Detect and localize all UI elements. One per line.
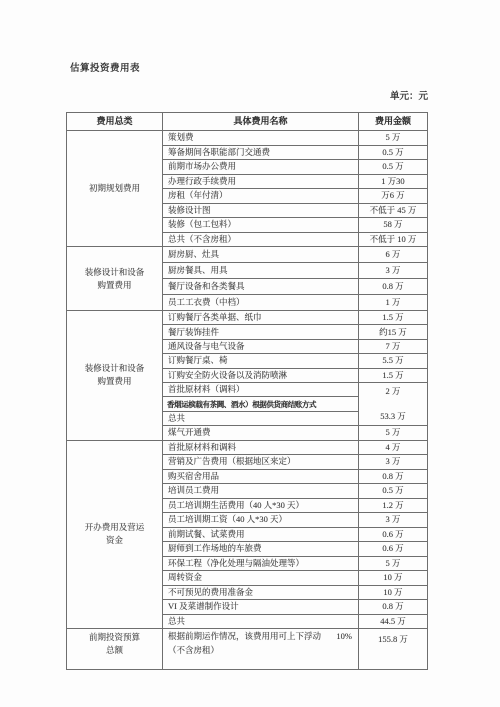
amount-cell: 0.5 万 — [359, 484, 428, 499]
cost-name-cell: 员工培训期工资（40 人*30 天） — [163, 513, 359, 528]
note-text: 根据前期运作情况，该费用用可上下浮动 — [168, 631, 321, 642]
amount-cell: 4 万 — [359, 440, 428, 455]
cost-name-cell: 前期市场办公费用 — [163, 160, 359, 175]
cost-name-cell: 环保工程（净化处理与隔油处理等） — [163, 556, 359, 571]
amount-cell: 3 万 — [359, 513, 428, 528]
cost-name-cell: 厨师到工作场地的车旅费 — [163, 542, 359, 557]
amount-cell: 不低于 10 万 — [359, 232, 428, 247]
amount-cell: 万6 万 — [359, 189, 428, 204]
amount-cell: 5 万 — [359, 131, 428, 146]
amount-cell: 1 万 — [359, 295, 428, 311]
category-cell: 初期规划费用 — [67, 131, 163, 247]
amount-cell: 0.6 万 — [359, 527, 428, 542]
cost-name-cell: 不可预见的费用准备金 — [163, 585, 359, 600]
merged-amount-lower: 53.3 万 — [359, 411, 427, 422]
table-row: 前期投资预算 总额 根据前期运作情况，该费用用可上下浮动 10% （不含房租） … — [67, 629, 428, 670]
cost-name-cell: VI 及菜谱制作设计 — [163, 600, 359, 615]
category-cell: 前期投资预算 总额 — [67, 629, 163, 670]
amount-cell: 1.5 万 — [359, 311, 428, 325]
amount-cell: 约15 万 — [359, 325, 428, 339]
note-line2: （不含房租） — [168, 645, 358, 656]
cost-name-cell: 培训员工费用 — [163, 484, 359, 499]
document-page: 估算投资费用表 单元：元 费用总类 具体费用名称 费用金额 初期规划费用 策划费… — [0, 0, 500, 707]
total-amount-cell: 155.8 万 — [359, 629, 428, 670]
amount-cell: 0.5 万 — [359, 160, 428, 175]
amount-cell: 0.6 万 — [359, 542, 428, 557]
cost-name-cell: 餐厅设备和各类餐具 — [163, 279, 359, 295]
amount-cell: 3 万 — [359, 263, 428, 279]
cost-name-cell: 香烟运槟载有茶閪、酒水）根据供货商结账方式 — [163, 397, 359, 411]
cost-name-cell: 员工工衣费（中档） — [163, 295, 359, 311]
category-line: 装修设计和设备 — [67, 363, 162, 374]
cost-name-cell: 房租（年付清） — [163, 189, 359, 204]
amount-cell: 5 万 — [359, 556, 428, 571]
amount-cell: 0.8 万 — [359, 279, 428, 295]
merged-amount-cell: 2 万 53.3 万 — [359, 382, 428, 425]
cost-table: 费用总类 具体费用名称 费用金额 初期规划费用 策划费 5 万 筹备期间各职能部… — [66, 112, 428, 670]
amount-cell: 0.8 万 — [359, 469, 428, 484]
cost-name-cell: 前期试餐、试菜费用 — [163, 527, 359, 542]
cost-name-cell: 营销及广告费用（根据地区来定） — [163, 455, 359, 470]
cost-name-cell: 厨房餐具、用具 — [163, 263, 359, 279]
amount-cell: 10 万 — [359, 571, 428, 586]
category-line: 总额 — [67, 645, 162, 656]
category-cell: 装修设计和设备 购置费用 — [67, 311, 163, 441]
amount-cell: 5 万 — [359, 426, 428, 440]
table-row: 开办费用及营运 资金 首批原材料和调料 4 万 — [67, 440, 428, 455]
cost-name-cell: 员工培训期生活费用（40 人*30 天） — [163, 498, 359, 513]
amount-cell: 不低于 45 万 — [359, 203, 428, 218]
cost-name-cell: 办理行政手续费用 — [163, 174, 359, 189]
category-line: 资金 — [67, 535, 162, 546]
category-line: 前期投资预算 — [67, 632, 162, 643]
cost-name-cell: 通风设备与电气设备 — [163, 339, 359, 353]
amount-cell: 44.5 万 — [359, 614, 428, 629]
cost-name-cell: 餐厅装饰挂件 — [163, 325, 359, 339]
header-row: 费用总类 具体费用名称 费用金额 — [67, 113, 428, 131]
amount-cell: 0.8 万 — [359, 600, 428, 615]
amount-cell: 3 万 — [359, 455, 428, 470]
category-line: 开办费用及营运 — [67, 522, 162, 533]
amount-cell: 1.2 万 — [359, 498, 428, 513]
cost-name-cell: 总共 — [163, 411, 359, 425]
cost-name-cell: 周转资金 — [163, 571, 359, 586]
header-name: 具体费用名称 — [163, 113, 359, 131]
amount-cell: 1.5 万 — [359, 368, 428, 382]
cost-name-cell: 购买宿舍用品 — [163, 469, 359, 484]
table-row: 装修设计和设备 购置费用 厨房厨、灶具 6 万 — [67, 247, 428, 263]
header-amount: 费用金额 — [359, 113, 428, 131]
cost-name-cell: 筹备期间各职能部门交通费 — [163, 145, 359, 160]
cost-name-cell: 策划费 — [163, 131, 359, 146]
cost-name-cell: 总共 — [163, 614, 359, 629]
cost-name-cell: 总共（不含房租） — [163, 232, 359, 247]
cost-name-cell: 订购餐厅桌、椅 — [163, 354, 359, 368]
cost-name-cell: 装修设计图 — [163, 203, 359, 218]
amount-cell: 5.5 万 — [359, 354, 428, 368]
merged-amount-upper: 2 万 — [359, 386, 427, 397]
category-line: 购置费用 — [67, 376, 162, 387]
cost-name-cell: 煤气开通费 — [163, 426, 359, 440]
amount-cell: 1 万30 — [359, 174, 428, 189]
unit-label: 单元：元 — [390, 88, 428, 102]
category-cell: 装修设计和设备 购置费用 — [67, 247, 163, 311]
amount-cell: 10 万 — [359, 585, 428, 600]
cost-name-cell: 装修（包工包料） — [163, 218, 359, 233]
amount-cell: 6 万 — [359, 247, 428, 263]
cost-name-cell: 订购安全防火设备以及消防喷淋 — [163, 368, 359, 382]
cost-name-cell: 首批原材料（调料） — [163, 382, 359, 396]
note-cell: 根据前期运作情况，该费用用可上下浮动 10% （不含房租） — [163, 629, 359, 670]
category-line: 购置费用 — [67, 280, 162, 291]
amount-cell: 58 万 — [359, 218, 428, 233]
category-line: 装修设计和设备 — [67, 267, 162, 278]
cost-name-cell: 订购餐厅各类单据、纸巾 — [163, 311, 359, 325]
amount-cell: 0.5 万 — [359, 145, 428, 160]
note-percent: 10% — [336, 631, 352, 642]
category-cell: 开办费用及营运 资金 — [67, 440, 163, 629]
cost-name-cell: 厨房厨、灶具 — [163, 247, 359, 263]
cost-name-cell: 首批原材料和调料 — [163, 440, 359, 455]
header-category: 费用总类 — [67, 113, 163, 131]
amount-cell: 7 万 — [359, 339, 428, 353]
note-line1: 根据前期运作情况，该费用用可上下浮动 10% — [168, 631, 358, 642]
table-row: 初期规划费用 策划费 5 万 — [67, 131, 428, 146]
doc-title: 估算投资费用表 — [70, 60, 140, 74]
table-row: 装修设计和设备 购置费用 订购餐厅各类单据、纸巾 1.5 万 — [67, 311, 428, 325]
